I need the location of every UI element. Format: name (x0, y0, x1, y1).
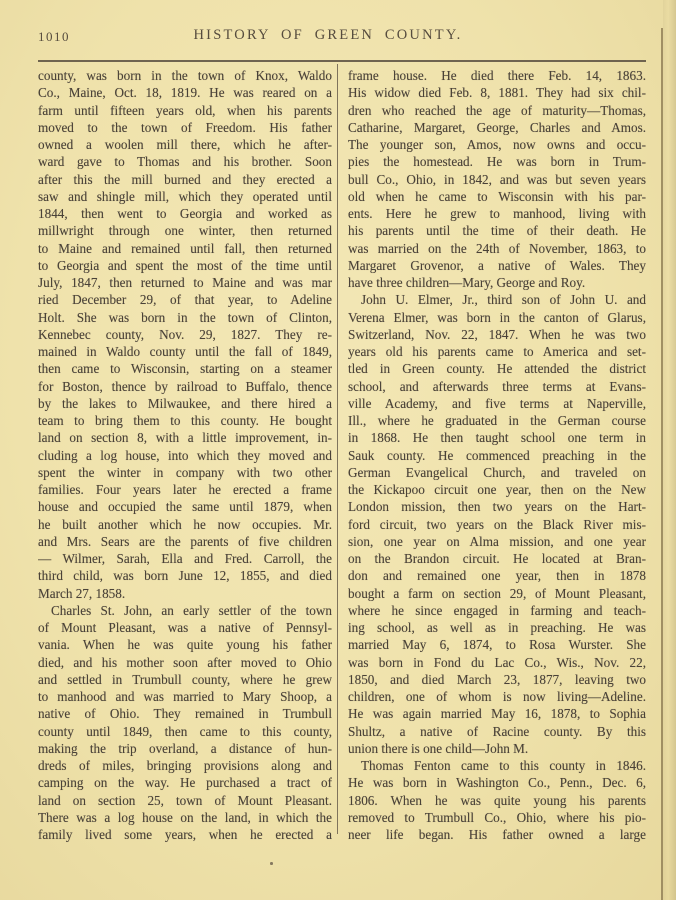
text-line: March 27, 1858. (38, 585, 332, 602)
text-line: ford circuit, two years on the Black Riv… (348, 516, 646, 533)
text-line: frame house. He died there Feb. 14, 1863… (348, 67, 646, 84)
text-line: bought a farm on section 29, of Mount Pl… (348, 585, 646, 602)
right-column: frame house. He died there Feb. 14, 1863… (348, 67, 646, 843)
text-line: London mission, then two years on the Ha… (348, 498, 646, 515)
column-divider (337, 64, 338, 834)
text-line: by the lakes to Milwaukee, and there hir… (38, 395, 332, 412)
text-line: years old his parents came to America an… (348, 343, 646, 360)
text-line: third child, was born June 12, 1855, and… (38, 567, 332, 584)
text-line: Kennebec county, Nov. 29, 1827. They re- (38, 326, 332, 343)
text-line: school, and afterwards three terms at Ev… (348, 378, 646, 395)
text-line: then came to Wisconsin, starting on a st… (38, 360, 332, 377)
text-line: ward gave to Thomas and his brother. Soo… (38, 153, 332, 170)
text-line: house and occupied the same until 1879, … (38, 498, 332, 515)
text-line: families. Four years later he erected a … (38, 481, 332, 498)
text-line: and Mrs. Sears are the parents of five c… (38, 533, 332, 550)
header-rule (38, 60, 646, 62)
text-line: tled in Green county. He attended the di… (348, 360, 646, 377)
text-line: children, one of whom is now living—Adel… (348, 688, 646, 705)
text-line: sion, one year on Alma mission, and one … (348, 533, 646, 550)
text-line: ville Academy, and five terms at Napervi… (348, 395, 646, 412)
text-line: ried December 29, of that year, to Adeli… (38, 291, 332, 308)
text-line: spent the winter in company with two oth… (38, 464, 332, 481)
text-line: camping on the way. He purchased a tract… (38, 774, 332, 791)
text-line: vania. When he was quite young his fathe… (38, 636, 332, 653)
text-line: 1850, and died March 23, 1877, leaving t… (348, 671, 646, 688)
text-line: in 1868. He then taught school one term … (348, 429, 646, 446)
text-line: and settled in Trumbull county, where he… (38, 671, 332, 688)
text-line: ents. Here he grew to manhood, living wi… (348, 205, 646, 222)
text-line: Co., Maine, Oct. 18, 1819. He was reared… (38, 84, 332, 101)
text-line: 1844, then went to Georgia and worked as (38, 205, 332, 222)
text-line: owned a woolen mill there, which he afte… (38, 136, 332, 153)
text-line: removed to Trumbull Co., Ohio, where his… (348, 809, 646, 826)
text-line: ing school, as well as in preaching. He … (348, 619, 646, 636)
text-line: making the trip overland, a distance of … (38, 740, 332, 757)
text-line: — Wilmer, Sarah, Ella and Fred. Carroll,… (38, 550, 332, 567)
text-line: native of Ohio. They remained in Trumbul… (38, 705, 332, 722)
text-line: cluding a log house, into which they mov… (38, 447, 332, 464)
page-edge-shadow (663, 0, 676, 900)
ink-dot (270, 862, 273, 865)
text-line: old when he came to Wisconsin with his p… (348, 188, 646, 205)
text-line: He was again married May 16, 1878, to So… (348, 705, 646, 722)
text-line: bull Co., Ohio, in 1842, and was but sev… (348, 171, 646, 188)
text-line: farm until fifteen years old, when his p… (38, 102, 332, 119)
text-line: Holt. She was born in the town of Clinto… (38, 309, 332, 326)
text-line: the Kickapoo circuit one year, then on t… (348, 481, 646, 498)
text-line: Ill., where he graduated in the German c… (348, 412, 646, 429)
text-line: to Maine and remained until fall, then r… (38, 240, 332, 257)
text-line: German Evangelical Church, and traveled … (348, 464, 646, 481)
text-line: died, and his mother soon after moved to… (38, 654, 332, 671)
text-line: his parents until the time of their deat… (348, 222, 646, 239)
text-line: pies the homestead. He was born in Trum- (348, 153, 646, 170)
text-line: have three children—Mary, George and Roy… (348, 274, 646, 291)
page-title: HISTORY OF GREEN COUNTY. (0, 27, 656, 44)
text-line: county until 1849, then came to this cou… (38, 723, 332, 740)
text-line: July, 1847, then returned to Maine and w… (38, 274, 332, 291)
text-line: Verena Elmer, was born in the canton of … (348, 309, 646, 326)
text-line: team to bring them to this county. He bo… (38, 412, 332, 429)
text-line: Shultz, a native of Racine county. By th… (348, 723, 646, 740)
text-line: where he since engaged in farming and te… (348, 602, 646, 619)
text-line: to Georgia and spent the most of the tim… (38, 257, 332, 274)
text-line: of Mount Pleasant, was a native of Penns… (38, 619, 332, 636)
text-line: 1806. When he was quite young his parent… (348, 792, 646, 809)
text-line: dren who reached the age of maturity—Tho… (348, 102, 646, 119)
text-line: after this the mill burned and they erec… (38, 171, 332, 188)
text-line: saw and shingle mill, which they operate… (38, 188, 332, 205)
text-line: He was born in Washington Co., Penn., De… (348, 774, 646, 791)
text-line: moved to the town of Freedom. His father (38, 119, 332, 136)
text-line: don and remained one year, then in 1878 (348, 567, 646, 584)
text-line: millwright through one winter, then retu… (38, 222, 332, 239)
text-line: There was a log house on the land, in wh… (38, 809, 332, 826)
text-line: John U. Elmer, Jr., third son of John U.… (348, 291, 646, 308)
text-line: county, was born in the town of Knox, Wa… (38, 67, 332, 84)
text-line: dreds of miles, bringing provisions alon… (38, 757, 332, 774)
text-line: Catharine, Margaret, George, Charles and… (348, 119, 646, 136)
text-line: mained in Waldo county until the fall of… (38, 343, 332, 360)
text-line: The younger son, Amos, now owns and occu… (348, 136, 646, 153)
book-page: 1010 HISTORY OF GREEN COUNTY. county, wa… (0, 0, 676, 900)
text-line: on the Brandon circuit. He located at Br… (348, 550, 646, 567)
text-line: Switzerland, Nov. 22, 1847. When he was … (348, 326, 646, 343)
text-line: was born in Fond du Lac Co., Wis., Nov. … (348, 654, 646, 671)
text-line: for Boston, thence by railroad to Buffal… (38, 378, 332, 395)
text-line: Margaret Grovenor, a native of Wales. Th… (348, 257, 646, 274)
text-line: neer life began. His father owned a larg… (348, 826, 646, 843)
text-line: union there is one child—John M. (348, 740, 646, 757)
text-line: was married on the 24th of November, 186… (348, 240, 646, 257)
text-line: Sauk county. He commenced preaching in t… (348, 447, 646, 464)
text-line: family lived some years, when he erected… (38, 826, 332, 843)
text-line: land on section 25, town of Mount Pleasa… (38, 792, 332, 809)
text-line: married May 6, 1874, to Rosa Wurster. Sh… (348, 636, 646, 653)
text-line: His widow died Feb. 8, 1881. They had si… (348, 84, 646, 101)
text-line: he built another which he now occupies. … (38, 516, 332, 533)
text-line: land on section 8, with a little improve… (38, 429, 332, 446)
text-line: to manhood and was married to Mary Shoop… (38, 688, 332, 705)
text-line: Thomas Fenton came to this county in 184… (348, 757, 646, 774)
left-column: county, was born in the town of Knox, Wa… (38, 67, 332, 843)
text-line: Charles St. John, an early settler of th… (38, 602, 332, 619)
